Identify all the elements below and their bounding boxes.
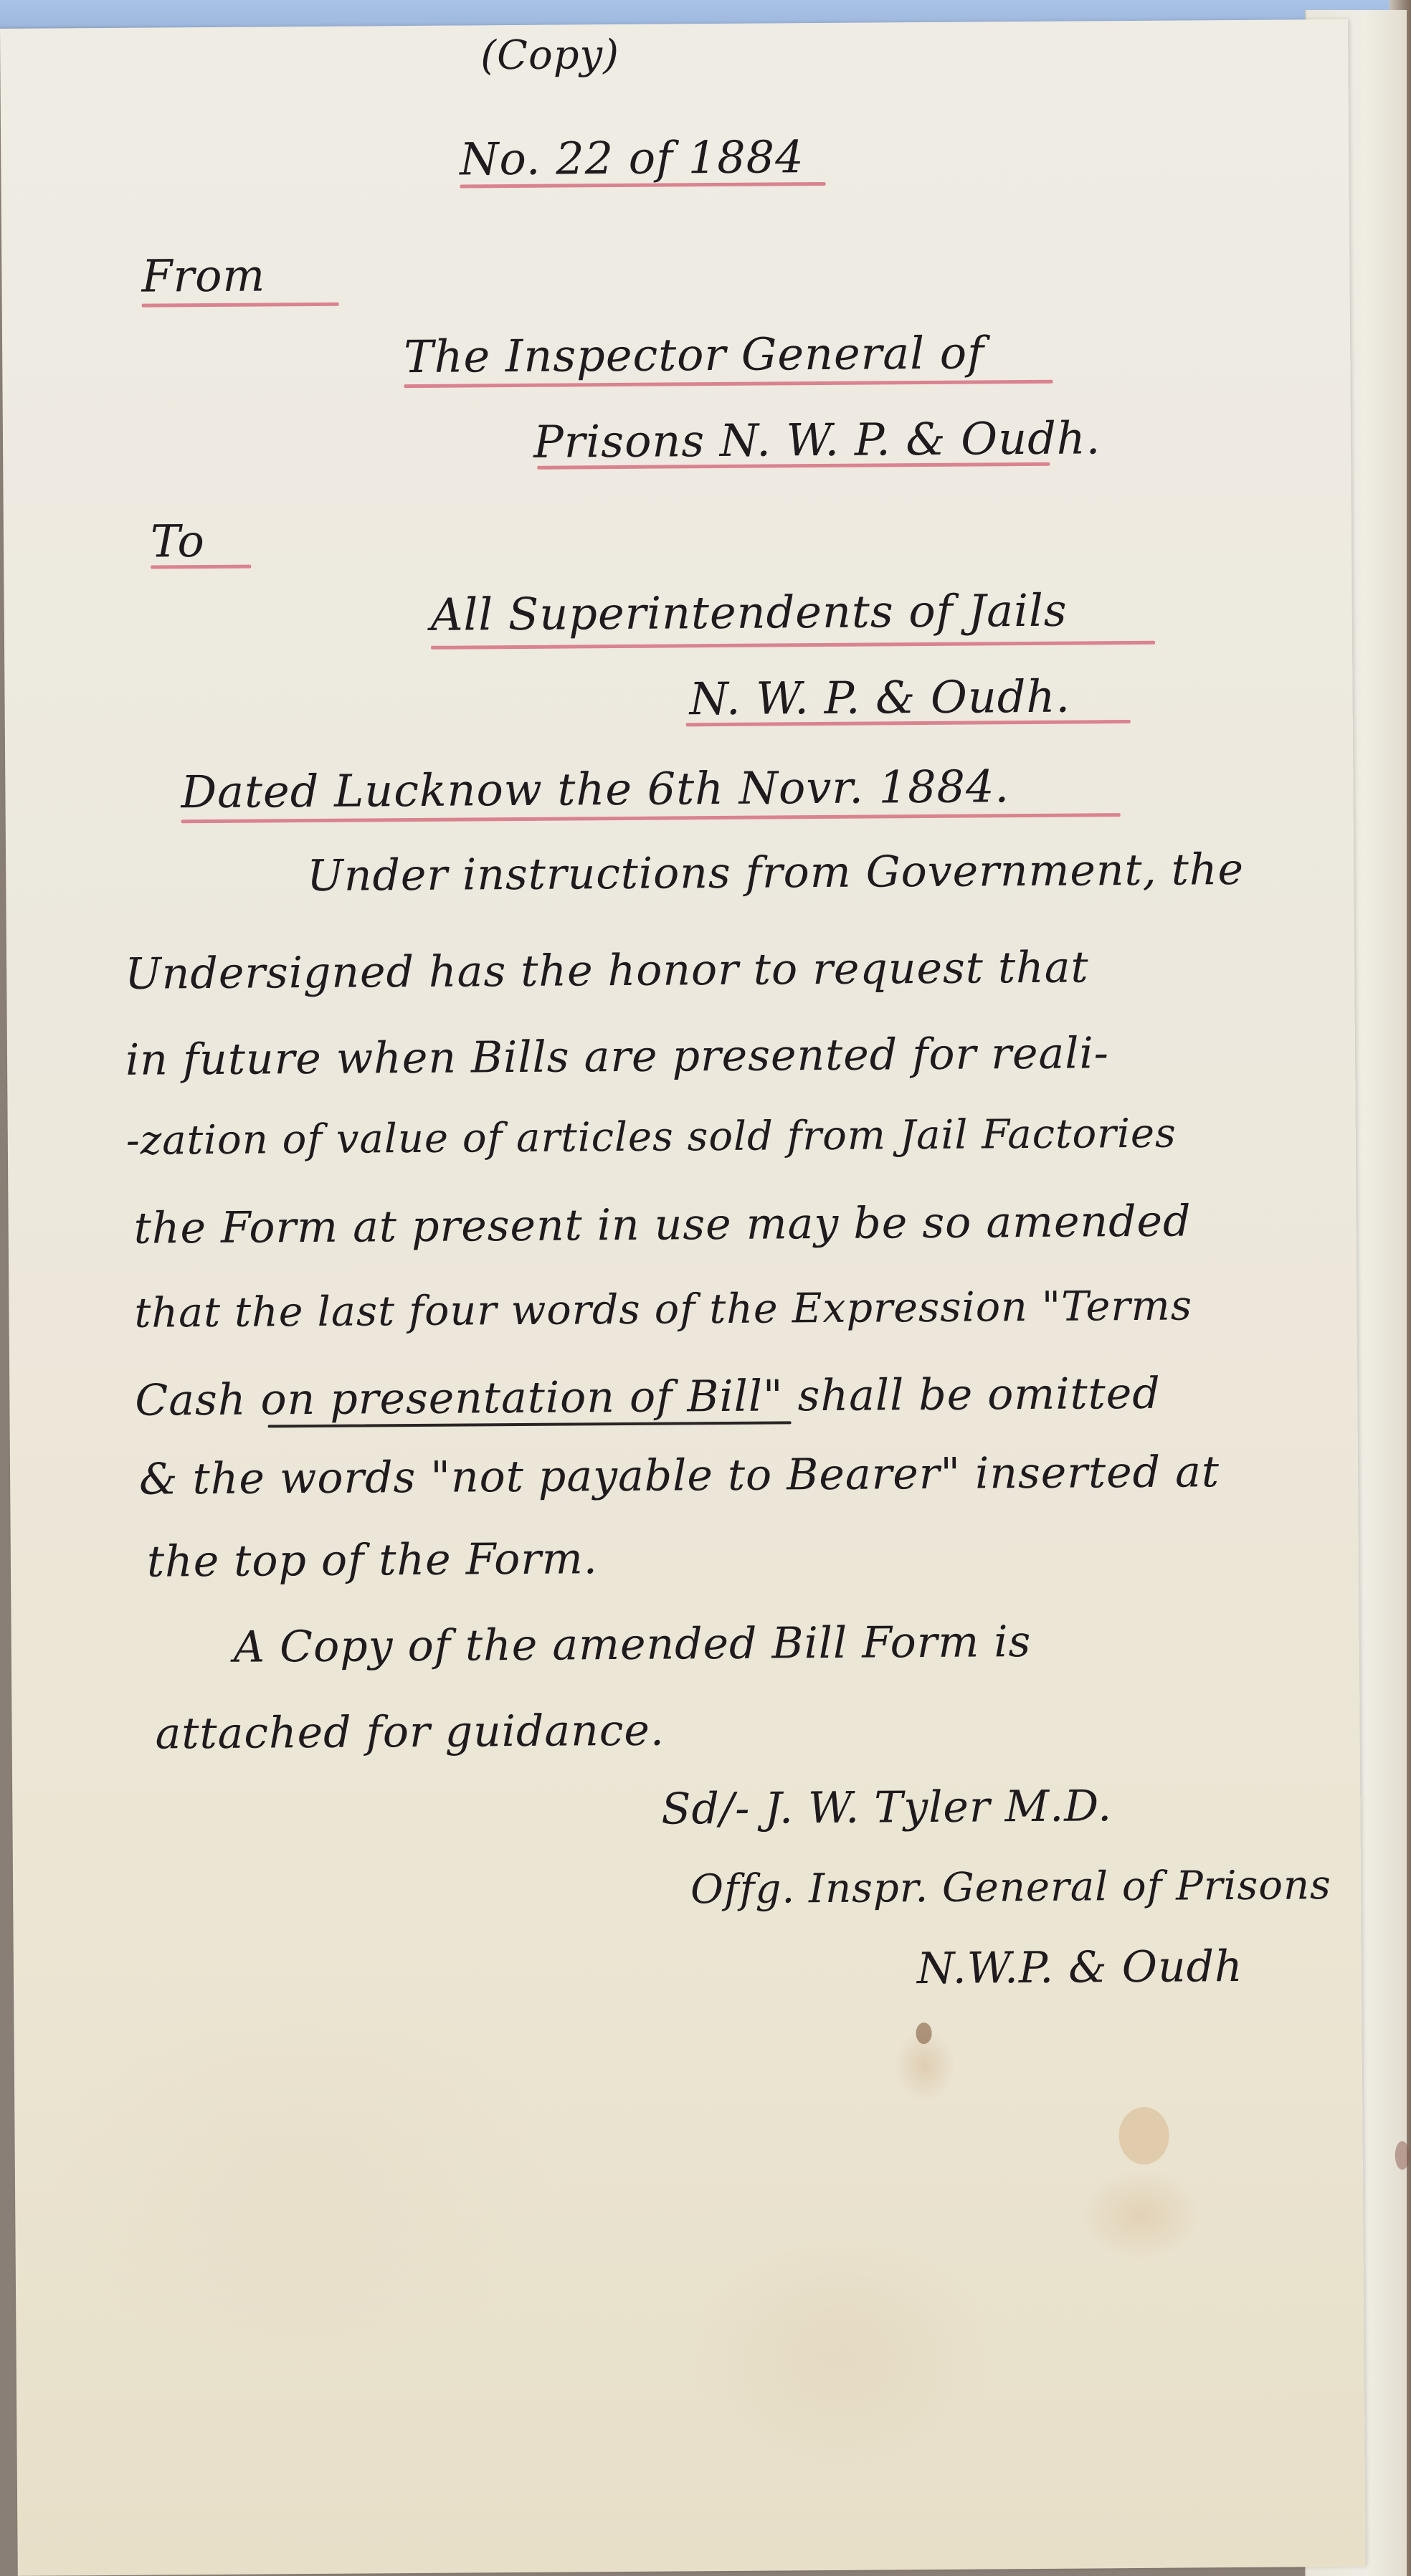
- stain-mark: [916, 2023, 931, 2044]
- signature-title: Offg. Inspr. General of Prisons: [690, 1862, 1331, 1913]
- body-line-9: the top of the Form.: [147, 1534, 598, 1587]
- red-underline: [151, 565, 251, 569]
- stain-mark: [1118, 2107, 1169, 2164]
- to-label: To: [151, 515, 205, 568]
- document-number: No. 22 of 1884: [460, 130, 804, 185]
- body-line-11: attached for guidance.: [155, 1706, 665, 1759]
- from-label: From: [141, 249, 265, 302]
- red-underline: [142, 303, 339, 308]
- copy-mark: (Copy): [480, 32, 619, 79]
- from-line-1: The Inspector General of: [404, 326, 984, 383]
- body-line-3: in future when Bills are presented for r…: [125, 1028, 1109, 1085]
- body-line-6: that the last four words of the Expressi…: [134, 1282, 1192, 1336]
- red-underline: [431, 641, 1155, 650]
- body-line-7: Cash on presentation of Bill" shall be o…: [135, 1369, 1161, 1426]
- letter-page: (Copy) No. 22 of 1884 From The Inspector…: [0, 19, 1366, 2576]
- body-line-4: -zation of value of articles sold from J…: [126, 1111, 1177, 1164]
- from-line-2: Prisons N. W. P. & Oudh.: [533, 412, 1101, 468]
- body-line-5: the Form at present in use may be so ame…: [133, 1196, 1191, 1253]
- signature-name: Sd/- J. W. Tyler M.D.: [661, 1781, 1112, 1834]
- body-line-8: & the words "not payable to Bearer" inse…: [139, 1447, 1220, 1505]
- body-line-1: Under instructions from Government, the: [307, 845, 1244, 901]
- body-line-2: Undersigned has the honor to request tha…: [125, 942, 1089, 999]
- to-line-1: All Superintendents of Jails: [430, 584, 1067, 641]
- body-line-10: A Copy of the amended Bill Form is: [234, 1617, 1032, 1673]
- dated-line: Dated Lucknow the 6th Novr. 1884.: [181, 760, 1009, 818]
- signature-region: N.W.P. & Oudh: [917, 1941, 1243, 1994]
- to-line-2: N. W. P. & Oudh.: [689, 670, 1070, 726]
- stain-mark: [1395, 2141, 1410, 2169]
